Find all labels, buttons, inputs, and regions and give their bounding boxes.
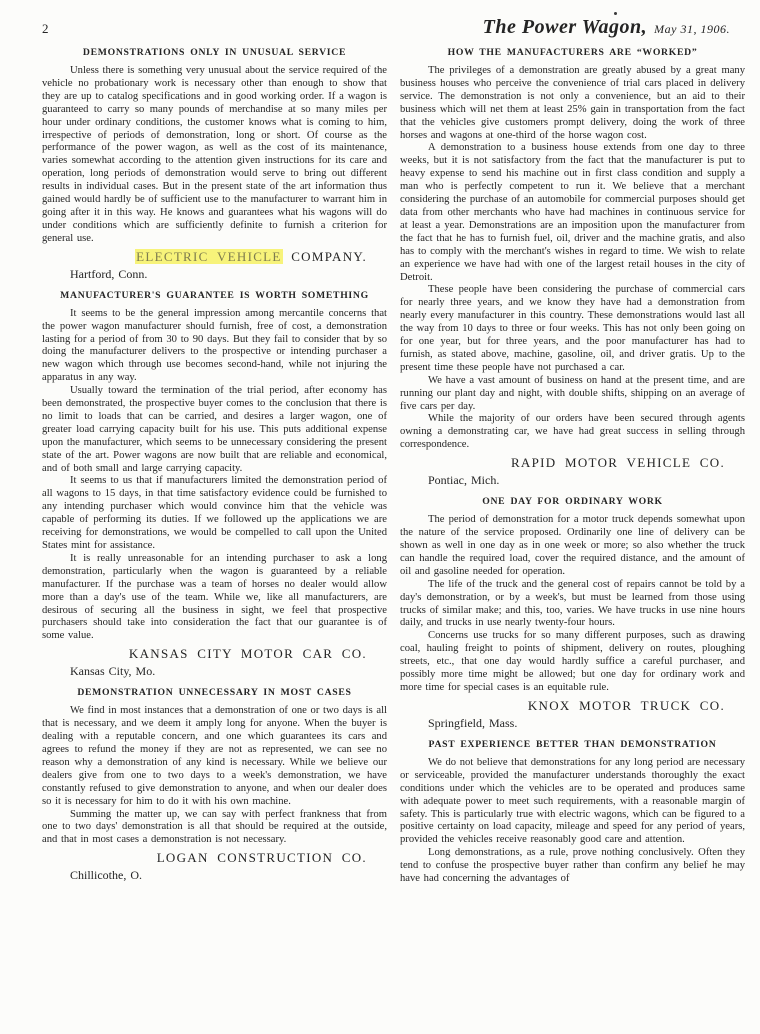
paragraph: We do not believe that demonstrations fo…: [400, 757, 745, 847]
two-column-layout: DEMONSTRATIONS ONLY IN UNUSUAL SERVICE U…: [42, 43, 744, 886]
section-heading: DEMONSTRATION UNNECESSARY IN MOST CASES: [42, 687, 387, 699]
company-signature: RAPID MOTOR VEHICLE CO.: [400, 455, 745, 470]
company-signature: ELECTRIC VEHICLE COMPANY.: [42, 249, 387, 264]
page-header: 2 The Power Wagon,May 31, 1906.: [0, 0, 760, 39]
company-location: Hartford, Conn.: [42, 267, 387, 281]
paragraph: Long demonstrations, as a rule, prove no…: [400, 847, 745, 886]
company-location: Springfield, Mass.: [400, 716, 745, 730]
section-heading: MANUFACTURER'S GUARANTEE IS WORTH SOMETH…: [42, 290, 387, 302]
scan-artifact-dot: [614, 12, 617, 15]
paragraph: The life of the truck and the general co…: [400, 579, 745, 631]
company-location: Pontiac, Mich.: [400, 473, 745, 487]
section-heading: HOW THE MANUFACTURERS ARE “WORKED”: [400, 47, 745, 59]
journal-date: May 31, 1906.: [654, 22, 730, 36]
company-signature: LOGAN CONSTRUCTION CO.: [42, 850, 387, 865]
paragraph: Concerns use trucks for so many differen…: [400, 630, 745, 695]
journal-masthead: The Power Wagon,May 31, 1906.: [483, 16, 730, 39]
paragraph: It seems to us that if manufacturers lim…: [42, 475, 387, 552]
paragraph: Usually toward the termination of the tr…: [42, 385, 387, 475]
paragraph: It seems to be the general impression am…: [42, 308, 387, 385]
section-heading: ONE DAY FOR ORDINARY WORK: [400, 496, 745, 508]
page-number: 2: [42, 21, 49, 37]
paragraph: We find in most instances that a demonst…: [42, 705, 387, 808]
search-highlight: ELECTRIC VEHICLE: [135, 249, 283, 264]
paragraph: It is really unreasonable for an intendi…: [42, 553, 387, 643]
paragraph: Summing the matter up, we can say with p…: [42, 809, 387, 848]
scanned-page: 2 The Power Wagon,May 31, 1906. DEMONSTR…: [0, 0, 760, 1034]
signature-rest: COMPANY.: [283, 249, 367, 264]
section-heading: DEMONSTRATIONS ONLY IN UNUSUAL SERVICE: [42, 47, 387, 59]
paragraph: Unless there is something very unusual a…: [42, 65, 387, 246]
section-heading: PAST EXPERIENCE BETTER THAN DEMONSTRATIO…: [400, 739, 745, 751]
company-signature: KNOX MOTOR TRUCK CO.: [400, 698, 745, 713]
company-signature: KANSAS CITY MOTOR CAR CO.: [42, 646, 387, 661]
company-location: Chillicothe, O.: [42, 868, 387, 882]
paragraph: A demonstration to a business house exte…: [400, 142, 745, 284]
paragraph: The period of demonstration for a motor …: [400, 514, 745, 579]
paragraph: We have a vast amount of business on han…: [400, 375, 745, 414]
paragraph: The privileges of a demonstration are gr…: [400, 65, 745, 142]
paragraph: While the majority of our orders have be…: [400, 413, 745, 452]
left-column: DEMONSTRATIONS ONLY IN UNUSUAL SERVICE U…: [42, 43, 387, 886]
paragraph: These people have been considering the p…: [400, 284, 745, 374]
right-column: HOW THE MANUFACTURERS ARE “WORKED” The p…: [400, 43, 745, 886]
journal-title: The Power Wagon,: [483, 16, 648, 38]
company-location: Kansas City, Mo.: [42, 664, 387, 678]
